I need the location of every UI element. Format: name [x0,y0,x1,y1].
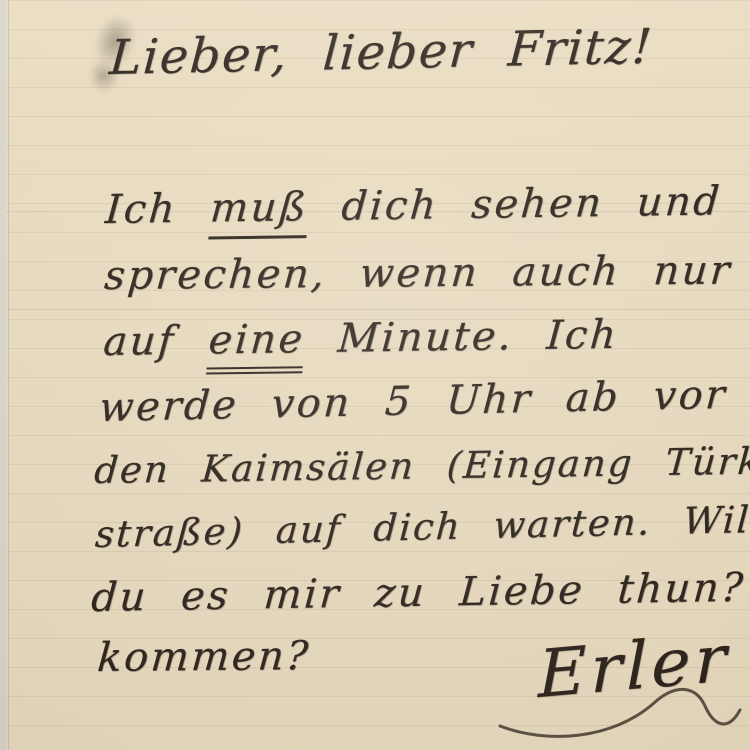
letter-line: Ich muß dich sehen und [104,181,723,230]
letter-line: werde von 5 Uhr ab vor [98,375,728,428]
underlined-word: muß [208,184,310,239]
line-text: Minute. Ich [303,312,620,362]
line-text: kommen? [96,633,312,681]
letter-line: den Kaimsälen (Eingang Türken- [93,442,750,489]
line-text: werde von 5 Uhr ab vor [98,372,729,431]
letter-line: kommen? [96,636,312,678]
salutation-line: Lieber, lieber Fritz! [108,23,654,82]
letter-page: Lieber, lieber Fritz! Ich muß dich sehen… [0,0,750,750]
signature: Erler [538,626,730,708]
line-text: dich sehen und [307,178,724,230]
underlined-word: eine [206,316,306,374]
letter-line: sprechen, wenn auch nur [103,251,733,296]
letter-line: auf eine Minute. Ich [102,315,620,362]
line-text: du es mir zu Liebe thun? u- [90,564,750,621]
line-text: sprechen, wenn auch nur [103,248,734,299]
fold-crease-lower [0,309,750,312]
line-text: den Kaimsälen (Eingang Türken- [93,439,750,492]
letter-line: du es mir zu Liebe thun? u- [90,567,750,618]
line-text: Ich [104,186,212,233]
letter-line: straße) auf dich warten. Willst [94,500,750,553]
paper-left-edge [0,0,9,750]
line-text: straße) auf dich warten. Willst [94,497,750,556]
line-text: auf [102,318,211,365]
